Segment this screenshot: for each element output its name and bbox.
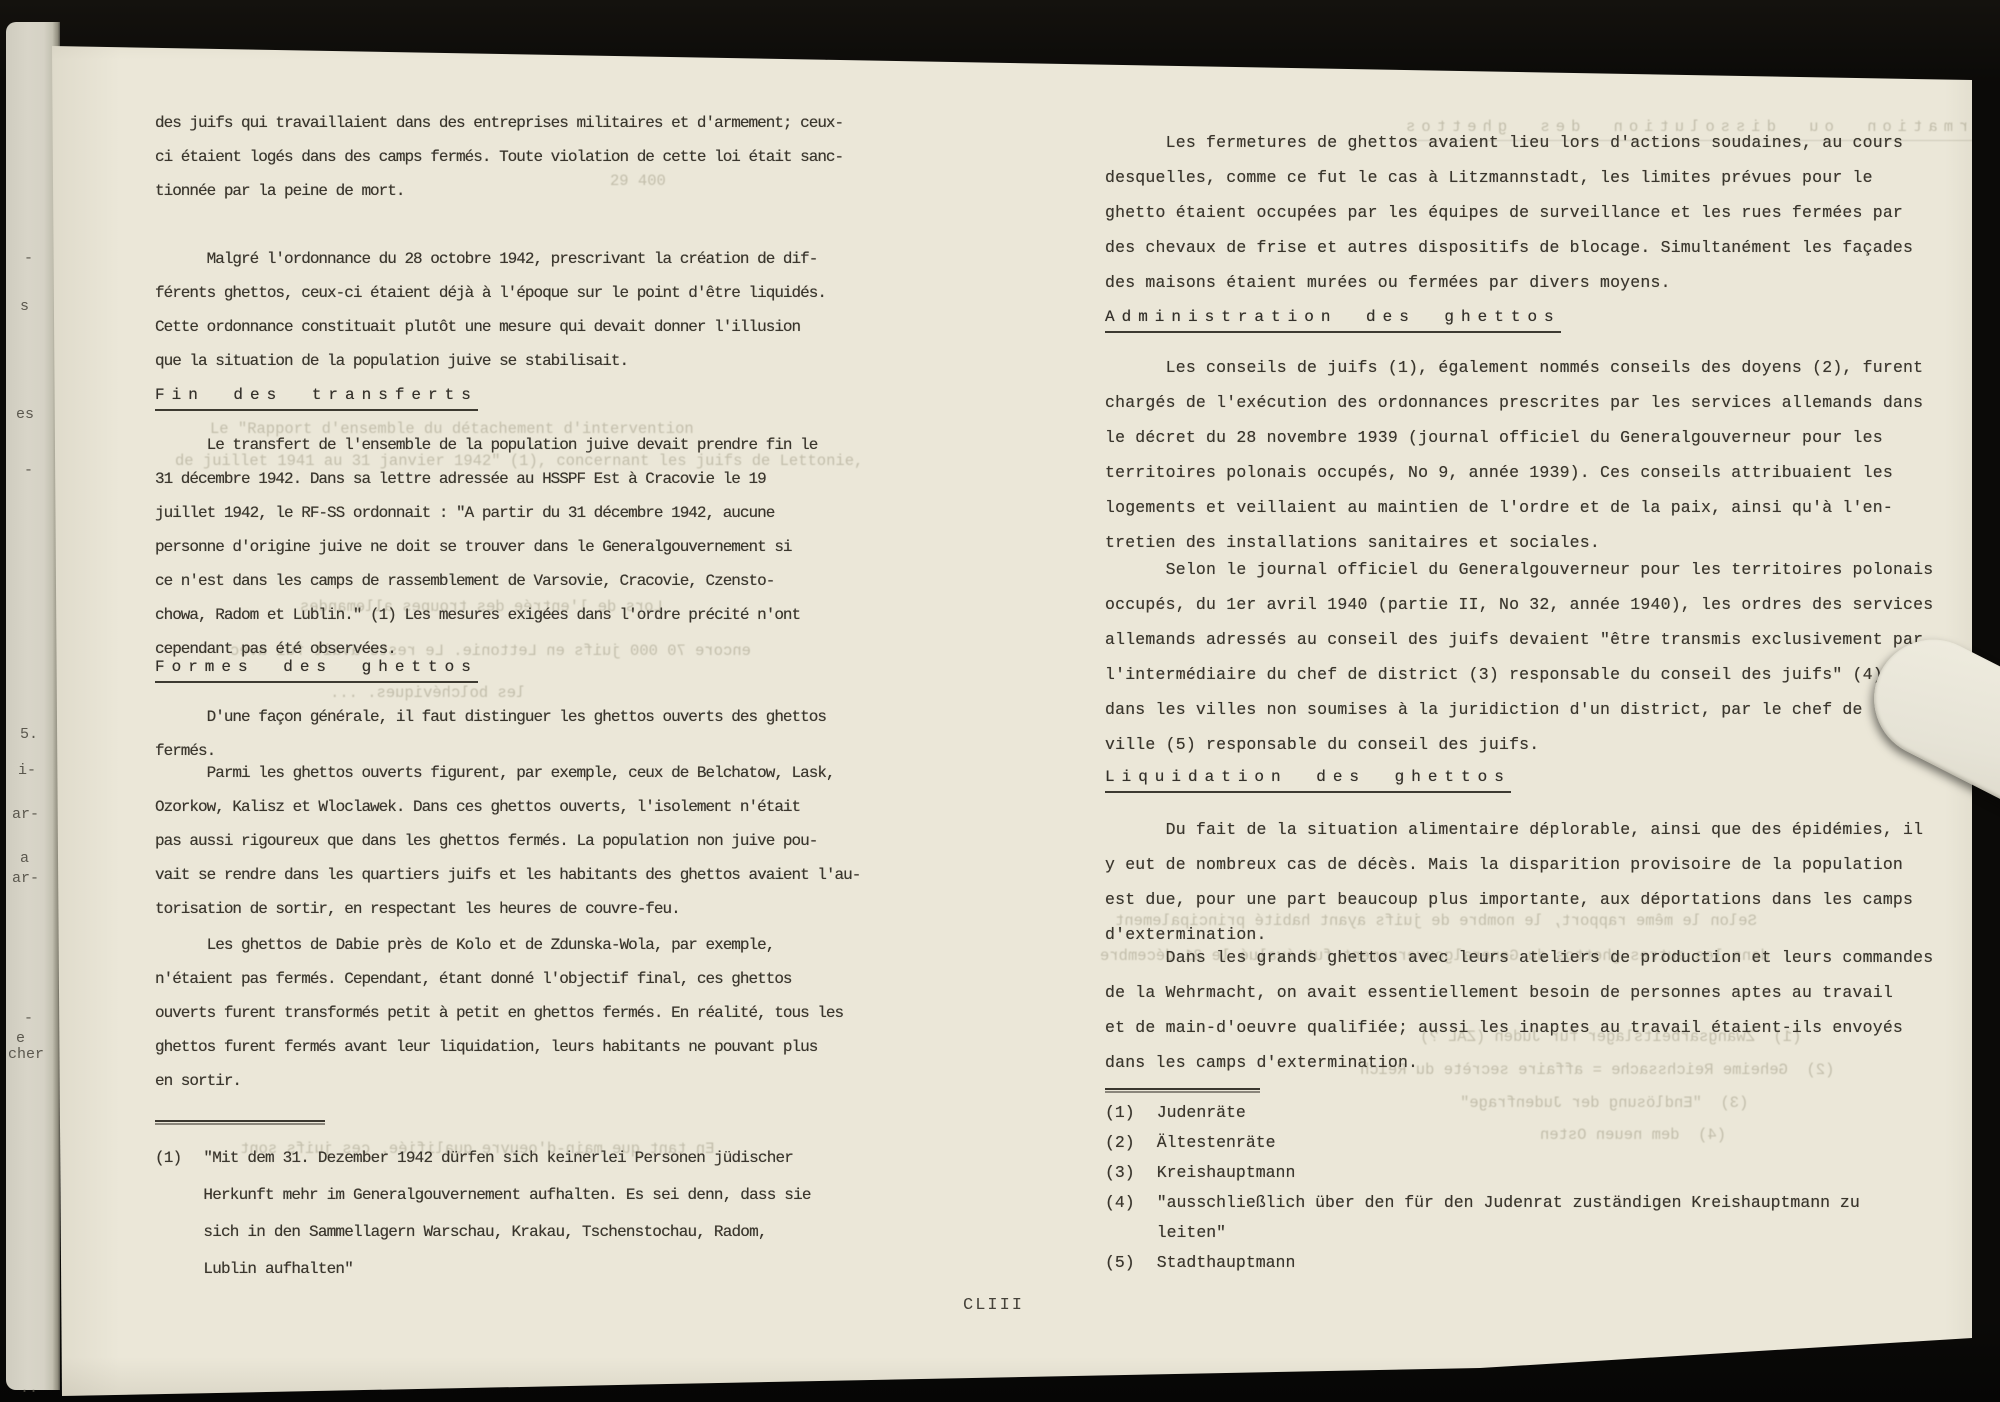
gutter-fragment: - <box>24 1010 33 1027</box>
scanned-book-page: { "page_number": "CLIII", "left_column":… <box>0 0 2000 1402</box>
section-heading-administration-des-ghettos: Administration des ghettos <box>1105 308 1561 333</box>
page-number: CLIII <box>963 1296 1024 1315</box>
footnote-marker: (2) <box>1105 1128 1135 1158</box>
footnote-marker: (1) <box>155 1140 181 1288</box>
gutter-fragment: es <box>16 406 34 423</box>
footnote: (1) Judenräte <box>1105 1098 1965 1128</box>
gutter-fragment: 5. <box>20 726 38 743</box>
gutter-fragment: e <box>16 1030 25 1047</box>
section-heading-liquidation-des-ghettos: Liquidation des ghettos <box>1105 768 1511 793</box>
gutter-fragment: - <box>24 250 33 267</box>
paragraph: Les fermetures de ghettos avaient lieu l… <box>1105 125 1965 300</box>
footnote-text: "ausschließlich über den für den Judenra… <box>1157 1188 1860 1248</box>
section-heading-formes-des-ghettos: Formes des ghettos <box>155 658 478 683</box>
paragraph: Du fait de la situation alimentaire dépl… <box>1105 812 1965 952</box>
footnote: (2) Ältestenräte <box>1105 1128 1965 1158</box>
paragraph: Les conseils de juifs (1), également nom… <box>1105 350 1965 560</box>
gutter-fragment: .. <box>20 1380 38 1397</box>
footnote-text: Kreishauptmann <box>1157 1158 1296 1188</box>
footnote-list: (1) Judenräte (2) Ältestenräte (3) Kreis… <box>1105 1098 1965 1278</box>
footnote-text: "Mit dem 31. Dezember 1942 dürfen sich k… <box>203 1140 810 1288</box>
footnote-marker: (4) <box>1105 1188 1135 1248</box>
footnote-marker: (5) <box>1105 1248 1135 1278</box>
gutter-fragment: i- <box>18 762 36 779</box>
paragraph: Parmi les ghettos ouverts figurent, par … <box>155 756 895 926</box>
ink-speck <box>824 54 829 60</box>
footnote-marker: (3) <box>1105 1158 1135 1188</box>
paragraph: Dans les grands ghettos avec leurs ateli… <box>1105 940 1965 1080</box>
paragraph: des juifs qui travaillaient dans des ent… <box>155 106 895 208</box>
footnote: (3) Kreishauptmann <box>1105 1158 1965 1188</box>
gutter-fragment: - <box>24 462 33 479</box>
previous-page-edge: - s es - 5. i- ar- a ar- - e cher .. <box>6 22 60 1390</box>
footnote: (1) "Mit dem 31. Dezember 1942 dürfen si… <box>155 1140 895 1288</box>
footnote-marker: (1) <box>1105 1098 1135 1128</box>
paragraph: Selon le journal officiel du Generalgouv… <box>1105 552 1965 762</box>
footnote-text: Ältestenräte <box>1157 1128 1276 1158</box>
gutter-fragment: cher <box>8 1046 44 1063</box>
paragraph: Malgré l'ordonnance du 28 octobre 1942, … <box>155 242 895 378</box>
footnote-text: Stadthauptmann <box>1157 1248 1296 1278</box>
section-heading-fin-des-transferts: Fin des transferts <box>155 386 478 411</box>
book-page: Transformation ou dissolution des ghetto… <box>0 0 2000 1402</box>
paragraph: Les ghettos de Dabie près de Kolo et de … <box>155 928 895 1098</box>
footnote-text: Judenräte <box>1157 1098 1246 1128</box>
gutter-fragment: ar- <box>12 806 39 823</box>
paragraph: Le transfert de l'ensemble de la populat… <box>155 428 895 666</box>
footnote-rule <box>155 1120 325 1122</box>
footnote: (5) Stadthauptmann <box>1105 1248 1965 1278</box>
footnote: (4) "ausschließlich über den für den Jud… <box>1105 1188 1965 1248</box>
gutter-fragment: s <box>20 298 29 315</box>
gutter-fragment: a <box>20 850 29 867</box>
footnote-rule <box>1105 1088 1260 1090</box>
gutter-fragment: ar- <box>12 870 39 887</box>
